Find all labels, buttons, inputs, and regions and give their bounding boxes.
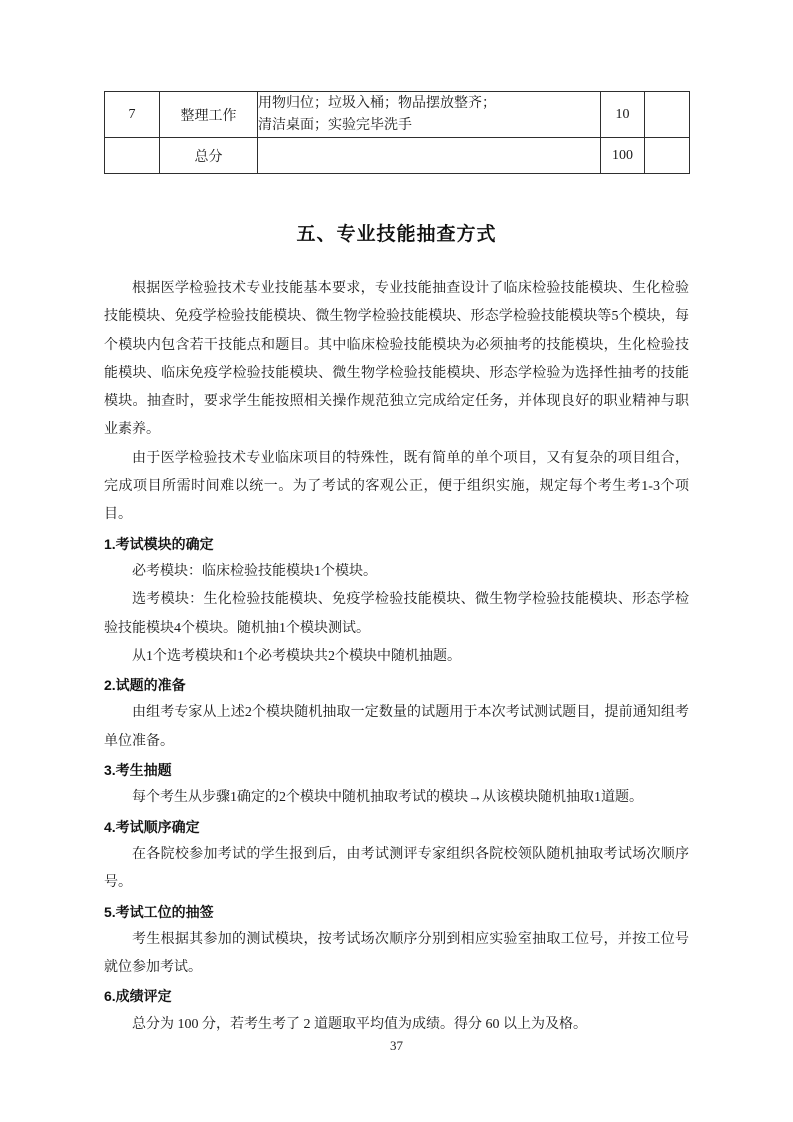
description-cell (258, 138, 601, 174)
numbered-heading-6: 6.成绩评定 (104, 982, 689, 1010)
paragraph: 由组考专家从上述2个模块随机抽取一定数量的试题用于本次考试测试题目，提前通知组考… (104, 699, 689, 756)
paragraph: 在各院校参加考试的学生报到后，由考试测评专家组织各院校领队随机抽取考试场次顺序号… (104, 841, 689, 898)
section-title: 五、专业技能抽查方式 (104, 220, 689, 250)
table-row: 总分 100 (105, 138, 690, 174)
paragraph: 由于医学检验技术专业临床项目的特殊性，既有简单的单个项目，又有复杂的项目组合，完… (104, 445, 689, 530)
note-cell (645, 92, 690, 138)
numbered-heading-1: 1.考试模块的确定 (104, 530, 689, 558)
row-number-cell: 7 (105, 92, 160, 138)
description-line: 用物归位；垃圾入桶；物品摆放整齐； (258, 93, 600, 115)
paragraph: 考生根据其参加的测试模块，按考试场次顺序分别到相应实验室抽取工位号，并按工位号就… (104, 926, 689, 983)
score-cell: 10 (601, 92, 645, 138)
paragraph: 必考模块：临床检验技能模块1个模块。 (104, 558, 689, 586)
description-line: 清洁桌面；实验完毕洗手 (258, 115, 600, 137)
page-content: 7 整理工作 用物归位；垃圾入桶；物品摆放整齐； 清洁桌面；实验完毕洗手 10 … (104, 91, 689, 1039)
note-cell (645, 138, 690, 174)
paragraph: 从1个选考模块和1个必考模块共2个模块中随机抽题。 (104, 643, 689, 671)
paragraph: 总分为 100 分，若考生考了 2 道题取平均值为成绩。得分 60 以上为及格。 (104, 1011, 689, 1039)
numbered-heading-3: 3.考生抽题 (104, 756, 689, 784)
total-score-cell: 100 (601, 138, 645, 174)
item-name-cell: 整理工作 (160, 92, 258, 138)
numbered-heading-2: 2.试题的准备 (104, 671, 689, 699)
page-number: 37 (0, 1038, 793, 1054)
body-text: 根据医学检验技术专业技能基本要求，专业技能抽查设计了临床检验技能模块、生化检验技… (104, 275, 689, 1039)
row-number-cell (105, 138, 160, 174)
document-page: 7 整理工作 用物归位；垃圾入桶；物品摆放整齐； 清洁桌面；实验完毕洗手 10 … (0, 0, 793, 1122)
paragraph: 每个考生从步骤1确定的2个模块中随机抽取考试的模块→从该模块随机抽取1道题。 (104, 784, 689, 812)
numbered-heading-5: 5.考试工位的抽签 (104, 898, 689, 926)
paragraph: 根据医学检验技术专业技能基本要求，专业技能抽查设计了临床检验技能模块、生化检验技… (104, 275, 689, 445)
description-cell: 用物归位；垃圾入桶；物品摆放整齐； 清洁桌面；实验完毕洗手 (258, 92, 601, 138)
score-table: 7 整理工作 用物归位；垃圾入桶；物品摆放整齐； 清洁桌面；实验完毕洗手 10 … (104, 91, 690, 174)
numbered-heading-4: 4.考试顺序确定 (104, 813, 689, 841)
paragraph: 选考模块：生化检验技能模块、免疫学检验技能模块、微生物学检验技能模块、形态学检验… (104, 586, 689, 643)
table-row: 7 整理工作 用物归位；垃圾入桶；物品摆放整齐； 清洁桌面；实验完毕洗手 10 (105, 92, 690, 138)
total-label-cell: 总分 (160, 138, 258, 174)
